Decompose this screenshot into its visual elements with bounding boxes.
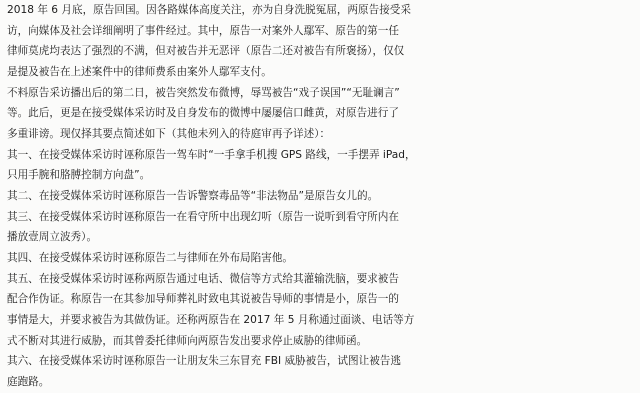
text-line: 其三、在接受媒体采访时诬称原告一在看守所中出现幻听（原告一说听到看守所内在 — [7, 207, 637, 228]
text-line: 式不断对其进行威胁，而其曾委托律师向两原告发出要求停止威胁的律师函。 — [7, 331, 637, 352]
text-line: 配合作伪证。称原告一在其参加导师葬礼时致电其说被告导师的事情是小，原告一的 — [7, 289, 637, 310]
text-line: 其六、在接受媒体采访时诬称原告一让朋友朱三东冒充 FBI 威胁被告，试图让被告逃 — [7, 351, 637, 372]
text-line: 等。此后，更是在接受媒体采访时及自身发布的微博中屡屡信口雌黄，对原告进行了 — [7, 103, 637, 124]
text-line: 访，向媒体及社会详细阐明了事件经过。其中，原告一对案外人鄢军、原告的第一任 — [7, 21, 637, 42]
text-line: 播放壹周立波秀）。 — [7, 227, 637, 248]
document-body: 2018 年 6 月底，原告回国。因各路媒体高度关注，亦为自身洗脱冤屈，两原告接… — [7, 0, 637, 393]
text-line: 律师莫虎均表达了强烈的不满，但对被告并无恶评（原告二还对被告有所褒扬），仅仅 — [7, 41, 637, 62]
text-line: 其二、在接受媒体采访时诬称原告一告诉警察毒品等“非法物品”是原告女儿的。 — [7, 186, 637, 207]
text-line: 其一、在接受媒体采访时诬称原告一驾车时“一手拿手机搜 GPS 路线，一手摆弄 i… — [7, 145, 637, 166]
text-line: 多重诽谤。现仅择其要点简述如下（其他未列入的待庭审再予详述）： — [7, 124, 637, 145]
text-line: 不料原告采访播出后的第二日，被告突然发布微博，辱骂被告“戏子误国”“无耻谰言” — [7, 83, 637, 104]
text-line: 是提及被告在上述案件中的律师费系由案外人鄢军支付。 — [7, 62, 637, 83]
text-line: 2018 年 6 月底，原告回国。因各路媒体高度关注，亦为自身洗脱冤屈，两原告接… — [7, 0, 637, 21]
text-line: 其四、在接受媒体采访时诬称原告二与律师在外布局陷害他。 — [7, 248, 637, 269]
text-line: 只用手腕和胳膊控制方向盘”。 — [7, 165, 637, 186]
text-line: 庭跑路。 — [7, 372, 637, 393]
text-line: 其五、在接受媒体采访时诬称两原告通过电话、微信等方式给其灌输洗脑，要求被告 — [7, 269, 637, 290]
text-line: 事情是大，并要求被告为其做伪证。还称两原告在 2017 年 5 月称通过面谈、电… — [7, 310, 637, 331]
